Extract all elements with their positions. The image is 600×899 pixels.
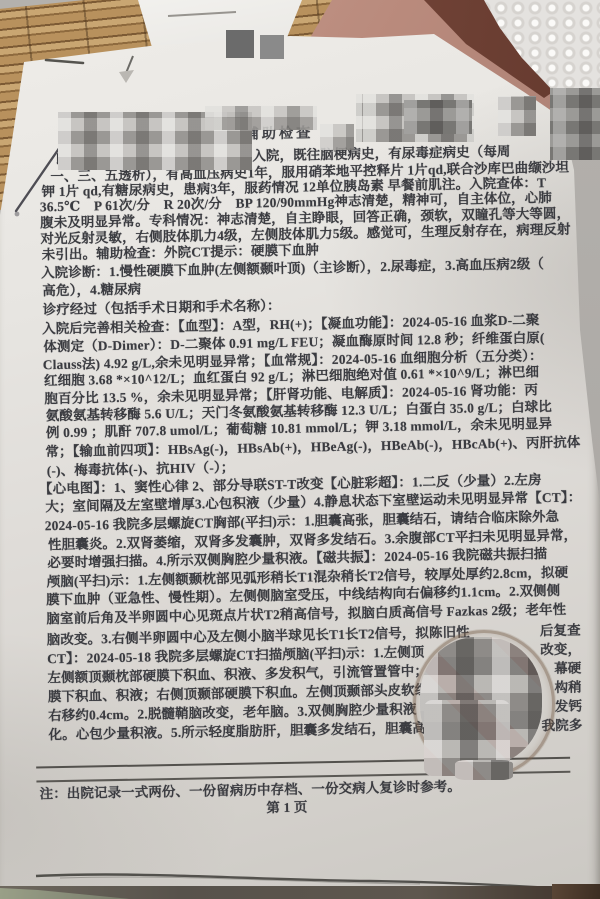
doc-line-right: 改变， <box>540 638 581 658</box>
doc-line-right: 构稍 <box>554 676 582 695</box>
doc-line-right: 发钙 <box>555 695 583 714</box>
doc-line-right: 后复查 <box>540 619 581 639</box>
dark-corner-bottom-right <box>552 884 600 899</box>
redaction-mosaic <box>404 100 472 134</box>
redaction-block <box>260 35 284 59</box>
redaction-block <box>226 30 254 58</box>
hospital-seal-redaction-mosaic <box>455 760 513 780</box>
doc-line-right: 幕硬 <box>554 657 582 676</box>
photo-of-discharge-record: 辅助检查 以“言语不清伴右侧肢体乏力2天”入院，既往脑梗病史，有尿毒症病史（每周… <box>0 0 600 899</box>
redaction-mosaic <box>320 124 354 150</box>
redaction-mosaic <box>498 96 536 136</box>
redaction-mosaic <box>205 106 317 130</box>
doc-line: 高危），4.糖尿病 <box>42 278 141 299</box>
redaction-mosaic <box>550 88 600 160</box>
